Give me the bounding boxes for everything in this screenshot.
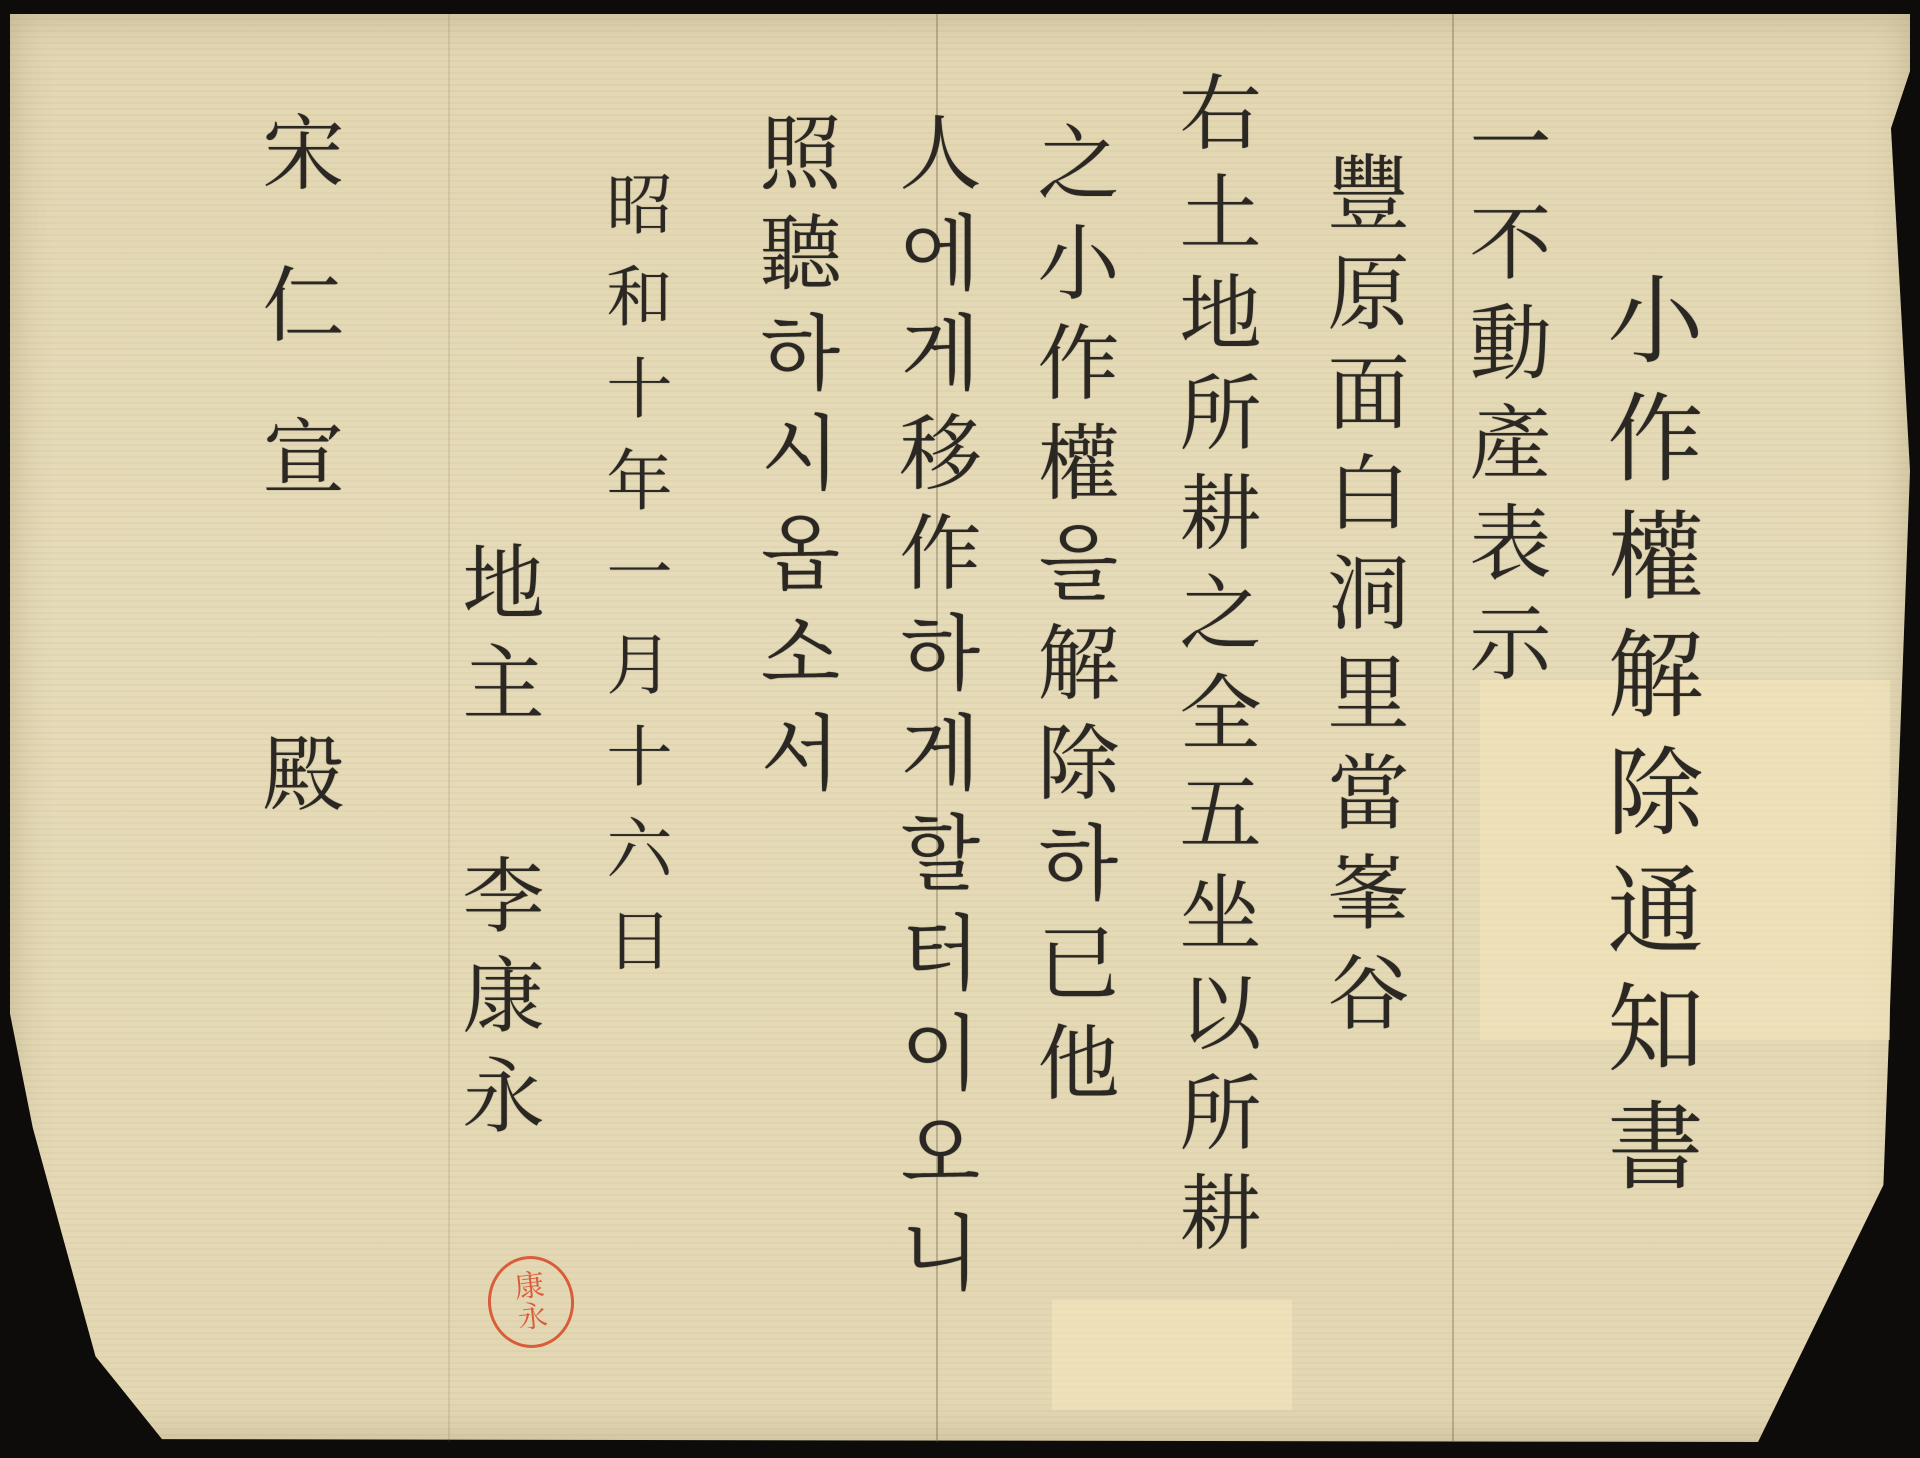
body-line-1: 豐原面白洞里當峯谷 <box>1320 150 1402 1050</box>
seal-char: 永 <box>516 1300 549 1334</box>
body-line-5: 照聽하시옵소서 <box>752 110 834 810</box>
document-title: 小作權解除通知書 <box>1600 270 1696 1214</box>
recipient-name: 宋仁宣 殿 <box>255 110 337 883</box>
body-line-2: 右土地所耕之全五坐以所耕 <box>1172 70 1254 1270</box>
body-line-3: 之小作權을解除하已他 <box>1030 120 1112 1120</box>
paper-pale-patch <box>1052 1300 1292 1410</box>
body-line-4: 人에게移作하게할터이오니 <box>892 110 974 1310</box>
property-heading: 一不動產表示 <box>1462 100 1544 700</box>
date-line: 昭和十年一月十六日 <box>600 170 666 998</box>
fold-line <box>1452 14 1454 1442</box>
signer-name: 地主 李康永 <box>455 540 537 1153</box>
